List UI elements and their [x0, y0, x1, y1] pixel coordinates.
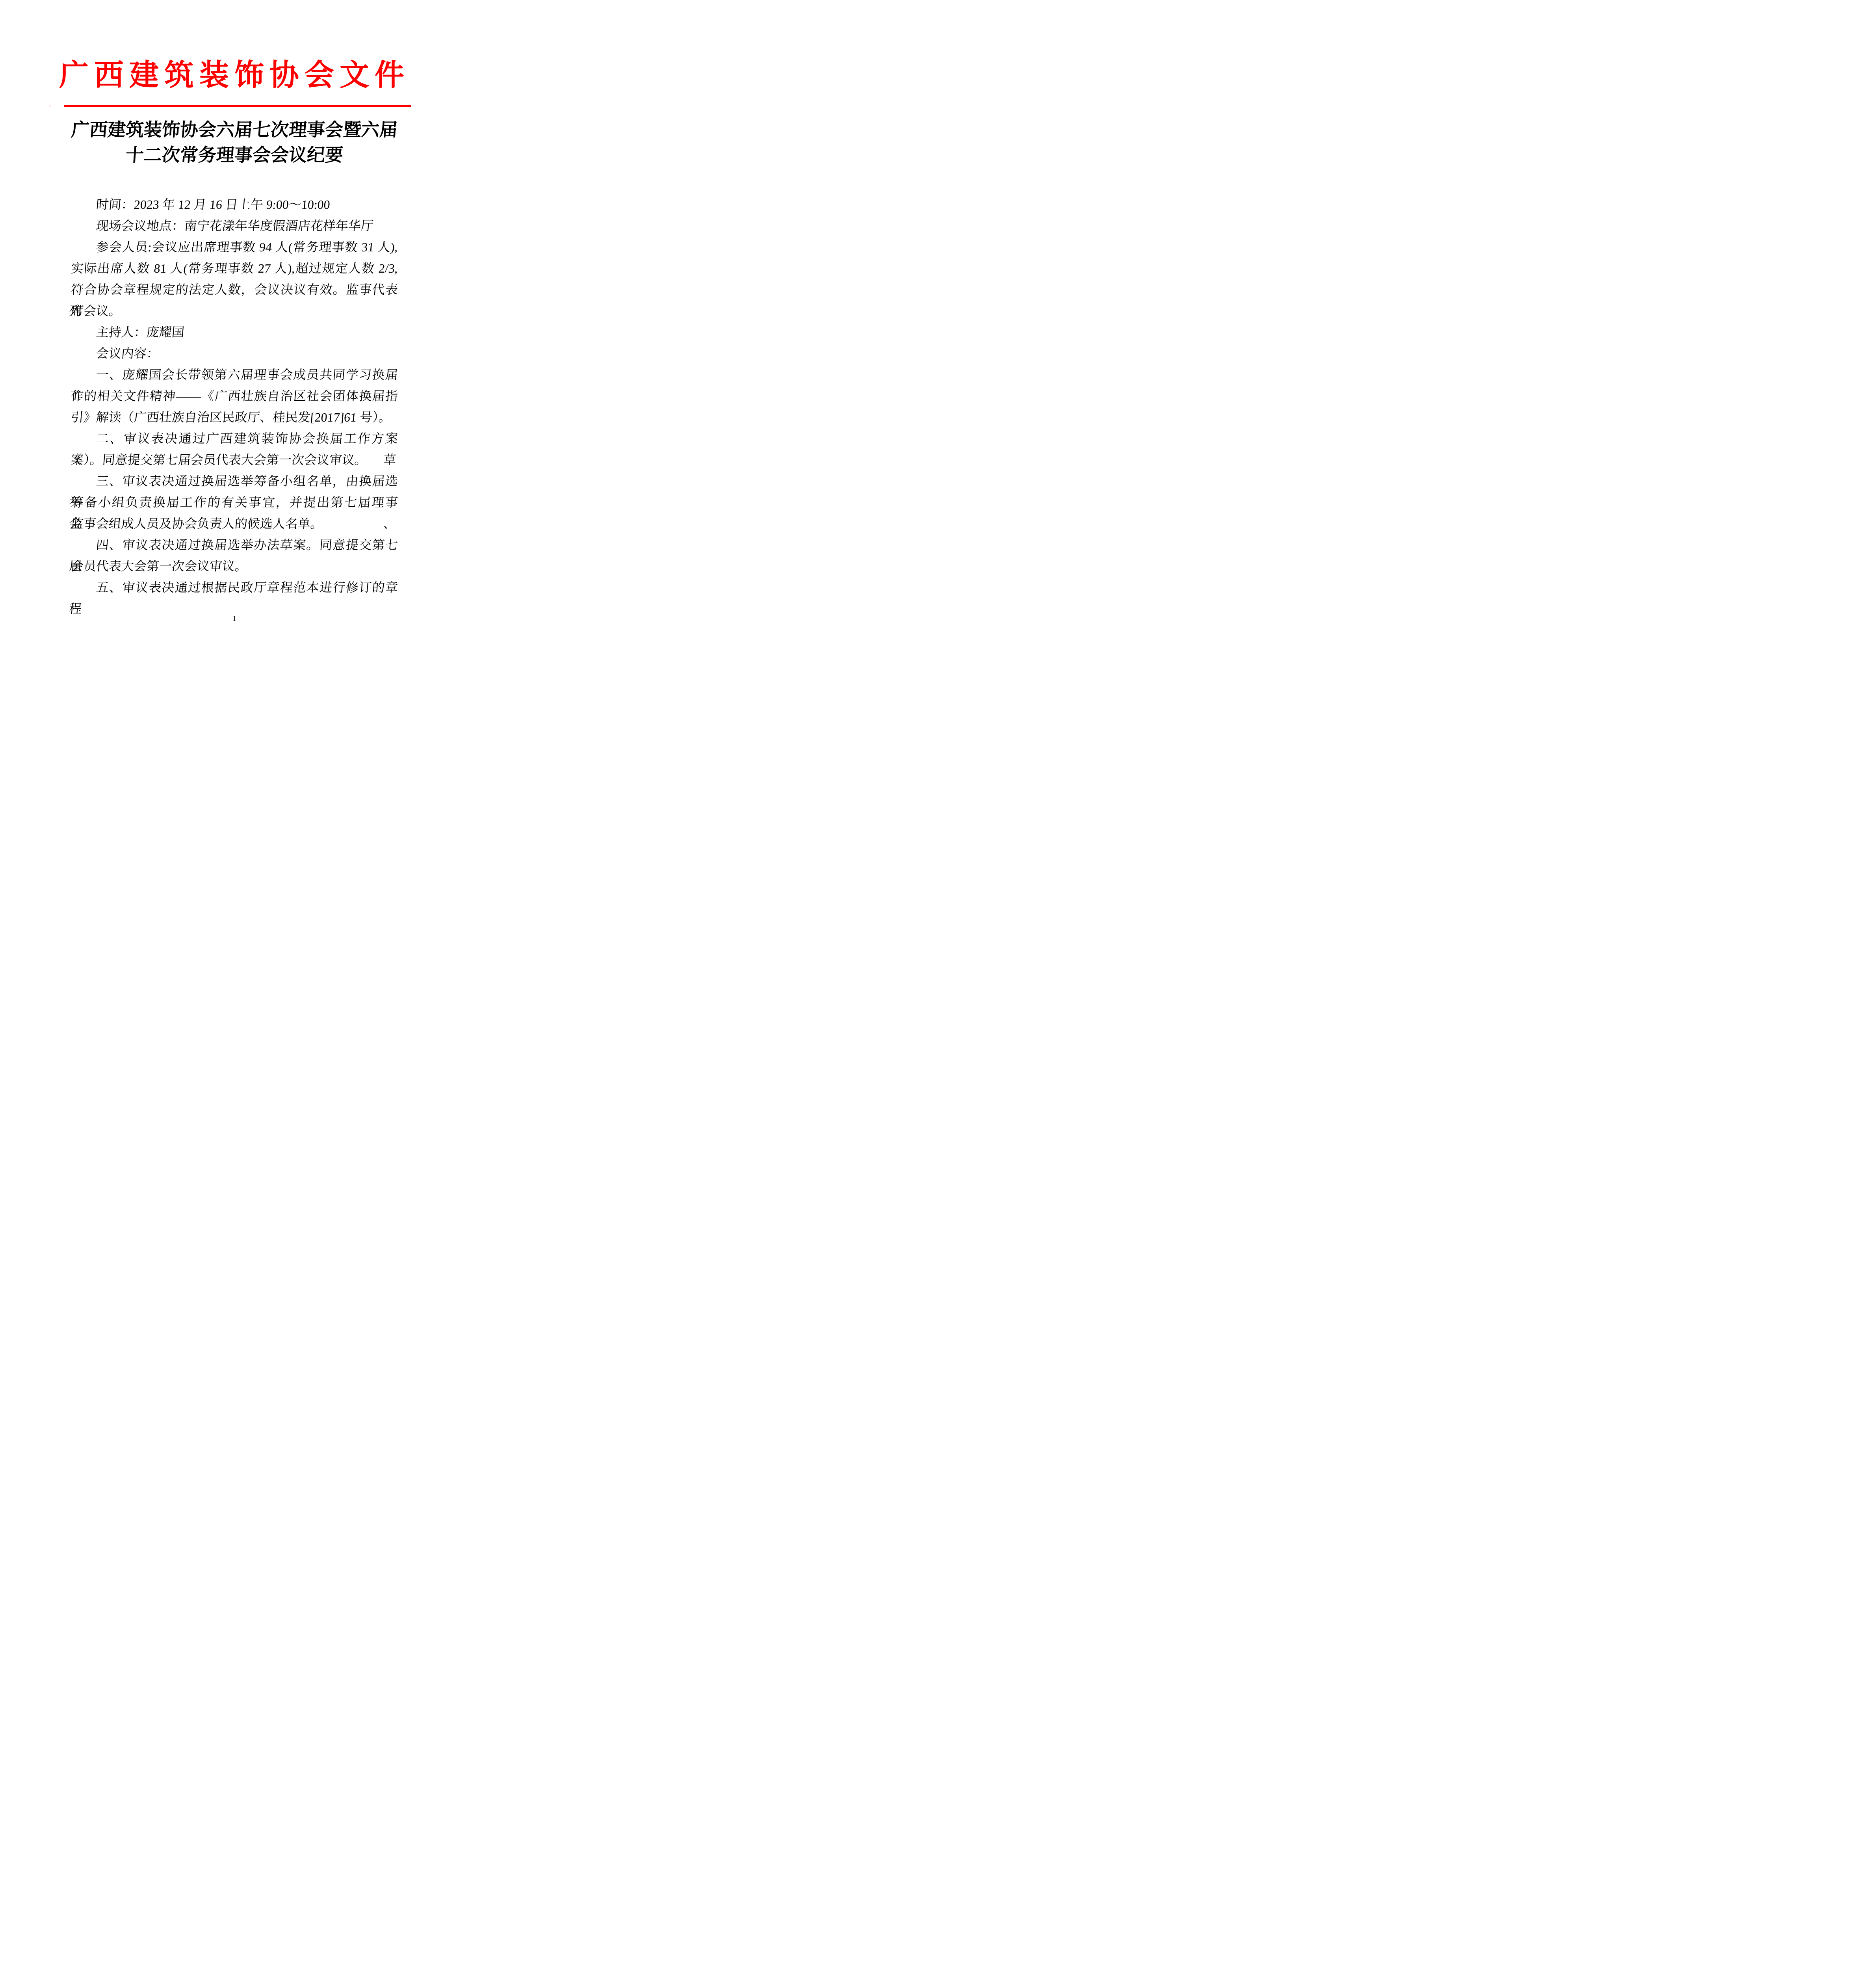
- document-title-line: 十二次常务理事会会议纪要: [58, 143, 410, 168]
- red-separator-rule: [64, 105, 411, 107]
- org-document-header: 广西建筑装饰协会文件: [59, 60, 396, 91]
- document-page: 广西建筑装饰协会文件 广西建筑装饰协会六届七次理事会暨六届 十二次常务理事会会议…: [0, 0, 469, 663]
- body-line: 引》解读（广西壮族自治区民政厅、桂民发[2017]61 号）。: [70, 407, 399, 428]
- body-line: 现场会议地点：南宁花漾年华度假酒店花样年华厅: [70, 215, 399, 236]
- body-line: 席会议。: [70, 300, 399, 322]
- body-line: 案）。同意提交第七届会员代表大会第一次会议审议。: [70, 449, 399, 470]
- body-line: 四、审议表决通过换届选举办法草案。同意提交第七届: [70, 534, 399, 556]
- body-line: 会议内容：: [70, 343, 399, 364]
- body-line: 参会人员:会议应出席理事数 94 人(常务理事数 31 人),: [70, 236, 399, 258]
- body-line: 二、审议表决通过广西建筑装饰协会换届工作方案（草: [70, 428, 399, 449]
- body-line: 时间：2023 年 12 月 16 日上午 9:00～10:00: [70, 194, 399, 215]
- document-title: 广西建筑装饰协会六届七次理事会暨六届 十二次常务理事会会议纪要: [59, 117, 410, 168]
- body-line: 五、审议表决通过根据民政厅章程范本进行修订的章程: [70, 577, 399, 598]
- body-line: 符合协会章程规定的法定人数，会议决议有效。监事代表列: [70, 279, 399, 300]
- body-line: 一、庞耀国会长带领第六届理事会成员共同学习换届工: [70, 364, 399, 385]
- document-body: 时间：2023 年 12 月 16 日上午 9:00～10:00 现场会议地点：…: [71, 194, 398, 598]
- document-title-line: 广西建筑装饰协会六届七次理事会暨六届: [58, 117, 410, 143]
- body-line: 筹备小组负责换届工作的有关事宜，并提出第七届理事会、: [70, 492, 399, 513]
- scan-artifact-mark: [50, 105, 50, 107]
- body-line: 实际出席人数 81 人(常务理事数 27 人),超过规定人数 2/3,: [70, 258, 399, 279]
- body-line: 主持人：庞耀国: [70, 322, 399, 343]
- body-line: 作的相关文件精神——《广西壮族自治区社会团体换届指: [70, 385, 399, 407]
- page-number: 1: [0, 614, 469, 624]
- body-line: 会员代表大会第一次会议审议。: [70, 556, 399, 577]
- body-line: 监事会组成人员及协会负责人的候选人名单。: [70, 513, 399, 534]
- body-line: 三、审议表决通过换届选举筹备小组名单，由换届选举: [70, 470, 399, 492]
